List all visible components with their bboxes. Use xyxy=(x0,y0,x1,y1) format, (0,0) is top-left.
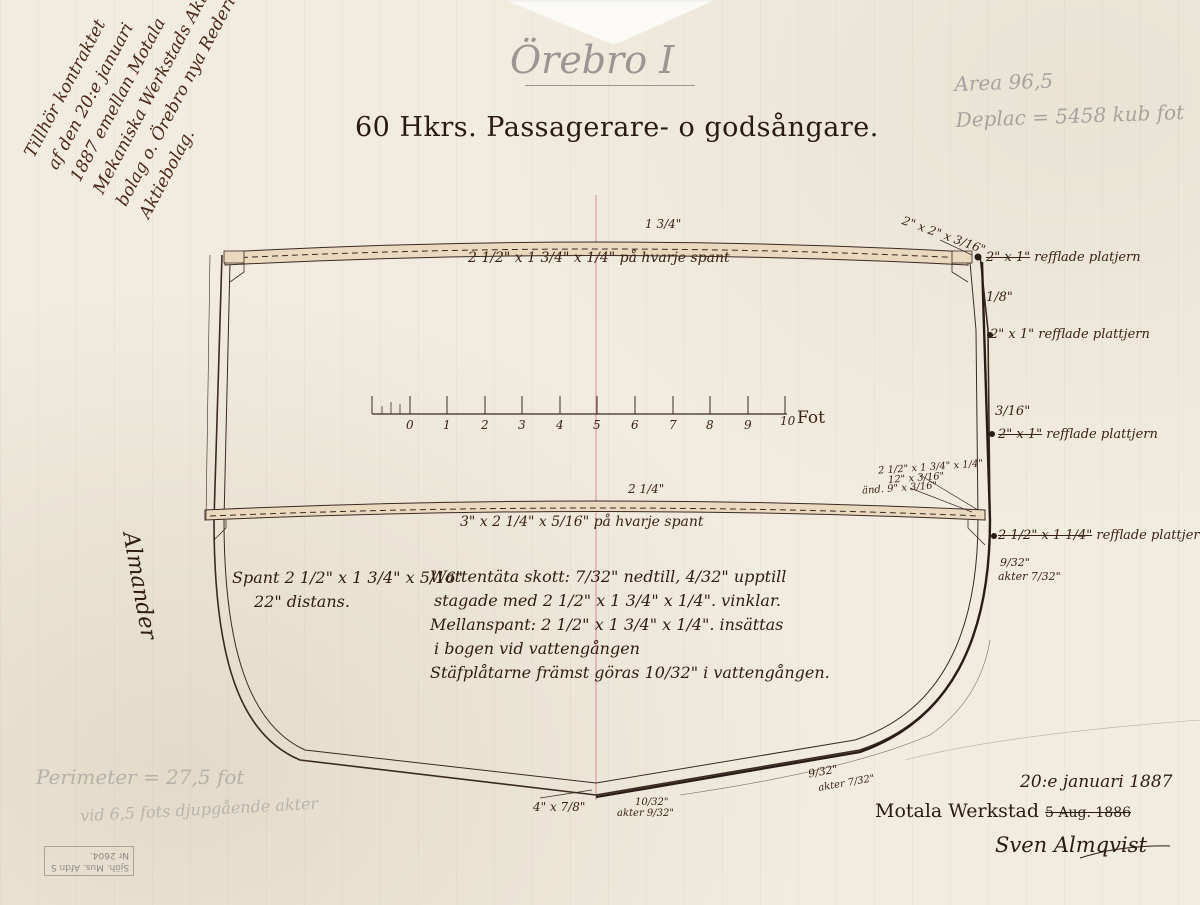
side-plate-5: 2" x 1" refflade plattjern xyxy=(998,427,1158,442)
scale-tick-9: 9 xyxy=(744,418,752,432)
note-line: stagade med 2 1/2" x 1 3/4" x 1/4". vink… xyxy=(430,589,830,613)
plate-text: refflade plattjern xyxy=(1038,327,1150,342)
archive-stamp: Sjöh. Mus. Afdn S Nr 2604. xyxy=(44,846,134,876)
note-line: Wattentäta skott: 7/32" nedtill, 4/32" u… xyxy=(430,565,830,589)
side-plate-1: 2" x 1" refflade platjern xyxy=(986,250,1141,265)
corner-bracket-left xyxy=(224,251,244,263)
scale-tick-3: 3 xyxy=(518,418,526,432)
signer-signature: Sven Almqvist xyxy=(995,833,1147,857)
page-title: 60 Hkrs. Passagerare- o godsångare. xyxy=(355,112,879,143)
signature-date: 20:e januari 1887 xyxy=(1020,772,1173,792)
spant-size: Spant 2 1/2" x 1 3/4" x 5/16" xyxy=(232,566,463,590)
plate-size: 2" x 1" xyxy=(998,427,1042,442)
plate-size: 2" x 1" xyxy=(990,327,1034,342)
scale-tick-5: 5 xyxy=(593,418,601,432)
works-line: Motala Werkstad 5 Aug. 1886 xyxy=(875,800,1131,822)
scale-tick-10: 10 xyxy=(780,414,795,428)
spant-distance: 22" distans. xyxy=(232,590,463,614)
scale-tick-7: 7 xyxy=(669,418,677,432)
works-name: Motala Werkstad xyxy=(875,800,1039,822)
drawing-sheet: Tillhör kontraktet af den 20:e januari 1… xyxy=(0,0,1200,905)
deck-beam-top-label: 1 3/4" xyxy=(645,217,681,231)
struck-date: 5 Aug. 1886 xyxy=(1045,805,1131,821)
pencil-perimeter-note: Perimeter = 27,5 fot xyxy=(36,765,244,789)
side-plate-6: 2 1/2" x 1 1/4" refflade plattjern xyxy=(998,528,1200,543)
plate-size: 2" x 1" xyxy=(986,250,1030,265)
plate-text: refflade platjern xyxy=(1034,250,1140,265)
side-plate-7-aft: akter 7/32" xyxy=(998,570,1061,583)
stamp-line: Sjöh. Mus. Afdn S xyxy=(49,861,129,873)
scale-tick-8: 8 xyxy=(706,418,714,432)
note-line: i bogen vid vattengången xyxy=(430,637,830,661)
pencil-title-underline xyxy=(525,85,695,86)
side-plate-7: 9/32" xyxy=(1000,556,1030,569)
scale-tick-4: 4 xyxy=(556,418,564,432)
plate-text: refflade plattjern xyxy=(1046,427,1158,442)
note-line: Mellanspant: 2 1/2" x 1 3/4" x 1/4". ins… xyxy=(430,613,830,637)
lower-beam-label: 3" x 2 1/4" x 5/16" på hvarje spant xyxy=(460,514,704,530)
pencil-stats: Area 96,5 Deplac = 5458 kub fot xyxy=(954,58,1185,138)
plate-text: refflade plattjern xyxy=(1096,528,1200,543)
scale-tick-0: 0 xyxy=(406,418,414,432)
scale-tick-2: 2 xyxy=(481,418,489,432)
construction-notes: Wattentäta skott: 7/32" nedtill, 4/32" u… xyxy=(430,565,830,685)
corner-bracket-right xyxy=(952,251,972,263)
keel-label: 4" x 7/8" xyxy=(533,800,585,814)
bottom-plate-label-1: 10/32" xyxy=(635,797,668,808)
side-plate-2: 1/8" xyxy=(986,290,1013,305)
deck-beam-label: 2 1/2" x 1 3/4" x 1/4" på hvarje spant xyxy=(468,250,730,266)
scale-tick-6: 6 xyxy=(631,418,639,432)
scale-bar xyxy=(372,396,787,414)
scale-tick-1: 1 xyxy=(443,418,451,432)
side-plate-4: 3/16" xyxy=(995,404,1030,419)
plate-size: 2 1/2" x 1 1/4" xyxy=(998,528,1092,543)
side-plate-3: 2" x 1" refflade plattjern xyxy=(990,327,1150,342)
bottom-plate-label-2: akter 9/32" xyxy=(617,808,674,819)
note-line: Stäfplåtarne främst göras 10/32" i vatte… xyxy=(430,661,830,685)
scale-unit: Fot xyxy=(797,408,825,428)
stamp-line: Nr 2604. xyxy=(49,849,129,861)
pencil-title: Örebro I xyxy=(510,38,674,82)
spant-note: Spant 2 1/2" x 1 3/4" x 5/16" 22" distan… xyxy=(232,566,463,614)
lower-beam-top-label: 2 1/4" xyxy=(628,482,664,496)
